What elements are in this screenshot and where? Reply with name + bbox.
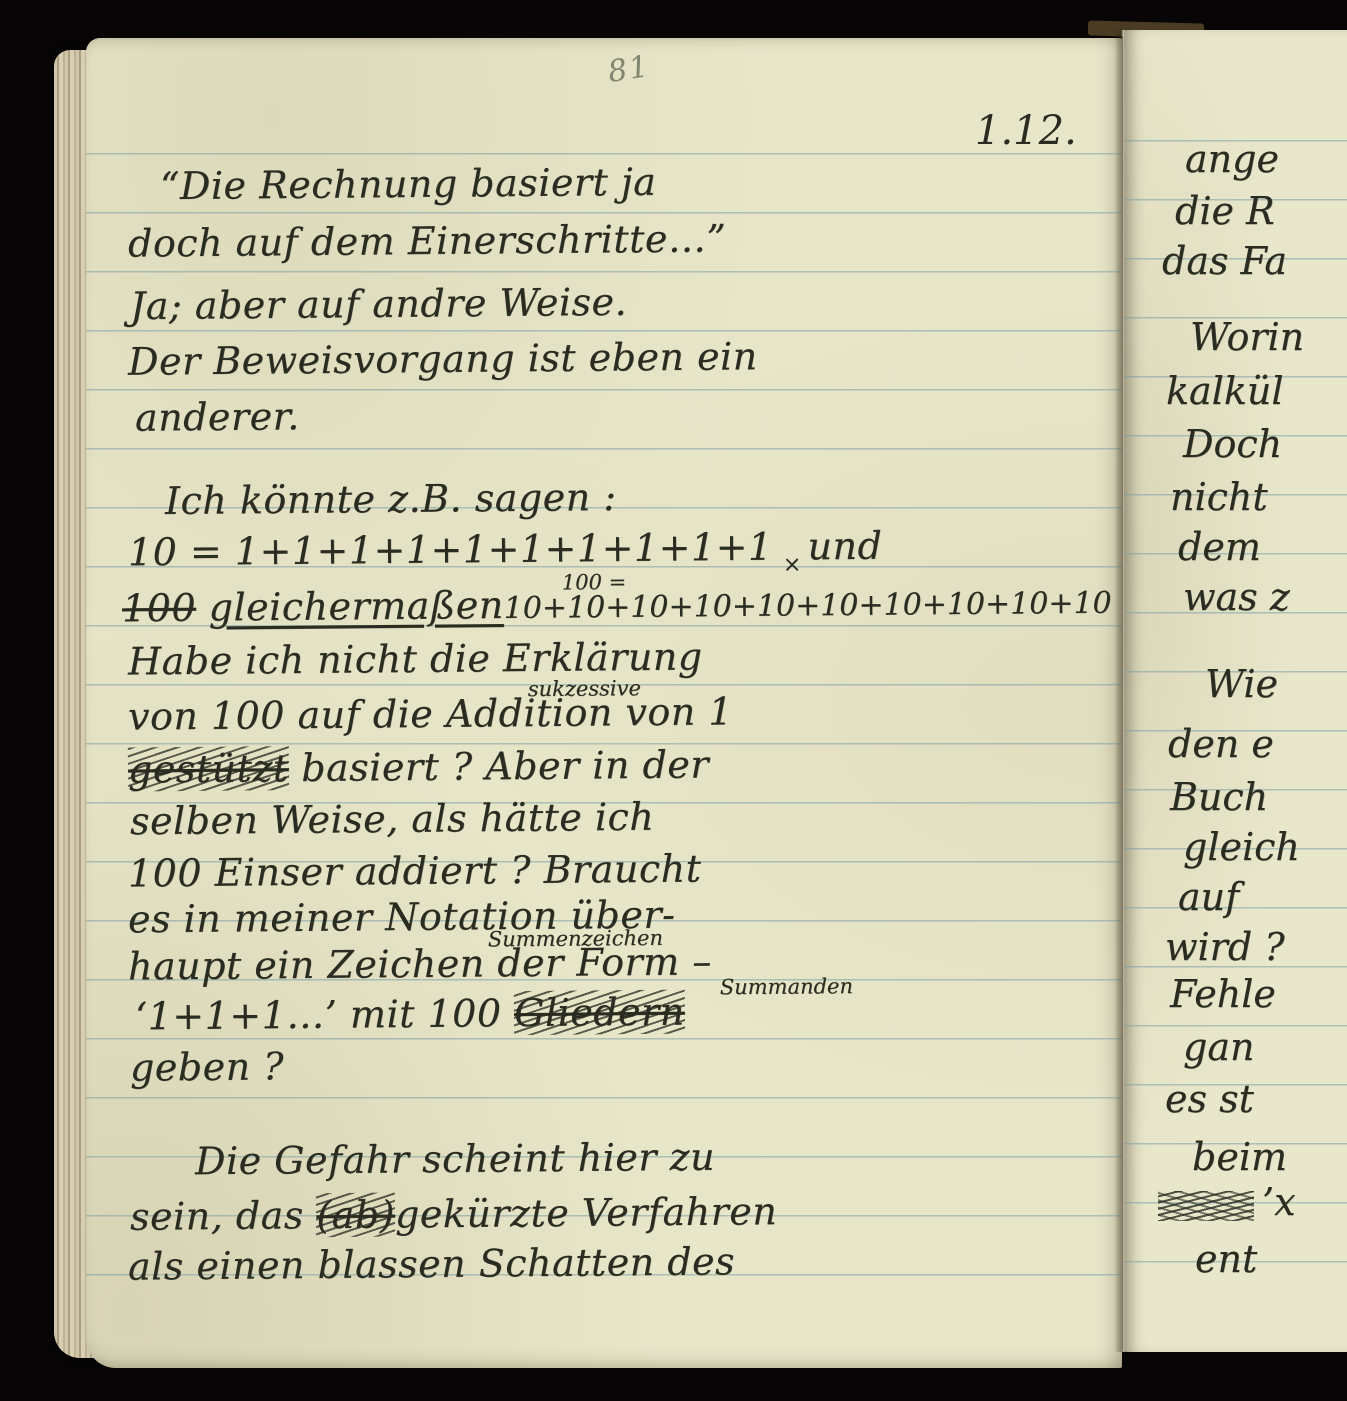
manuscript-fragment: Worin — [1190, 318, 1304, 358]
manuscript-fragment: das Fa — [1162, 242, 1287, 282]
manuscript-fragment: was z — [1183, 578, 1290, 618]
manuscript-fragment: Fehle — [1170, 975, 1276, 1015]
interlinear-insert: sukzessive — [528, 677, 641, 700]
manuscript-line: anderer. — [135, 397, 300, 438]
manuscript-line: Der Beweisvorgang ist eben ein — [128, 337, 758, 382]
manuscript-fragment: auf — [1178, 878, 1239, 918]
manuscript-fragment: es st — [1165, 1080, 1254, 1120]
manuscript-fragment: dem — [1178, 528, 1261, 568]
manuscript-line: Die Gefahr scheint hier zu — [195, 1138, 715, 1182]
manuscript-fragment: ange — [1185, 140, 1279, 180]
manuscript-fragment: gleich — [1183, 828, 1300, 868]
manuscript-fragment: ’x — [1158, 1183, 1296, 1223]
manuscript-fragment: den e — [1168, 725, 1274, 765]
manuscript-line: haupt ein Zeichen der Form –Summenzeiche… — [128, 942, 712, 987]
manuscript-line: 10 = 1+1+1+1+1+1+1+1+1+1×und — [128, 527, 883, 583]
struck-word: (ab) — [316, 1193, 395, 1238]
manuscript-line: von 100 auf diesukzessive Addition von 1 — [128, 692, 733, 737]
manuscript-line: 100 gleichermaßen100 =10+10+10+10+10+10+… — [122, 581, 1112, 630]
manuscript-line: Ja; aber auf andre Weise. — [130, 283, 627, 327]
notebook-scan: 81 1.12. “Die Rechnung basiert ja doch a… — [0, 0, 1347, 1401]
manuscript-line: doch auf dem Einerschritte…” — [128, 219, 727, 264]
left-page: 81 1.12. “Die Rechnung basiert ja doch a… — [86, 38, 1122, 1368]
manuscript-line: ‘1+1+1…’ mit 100 GliedernSummanden — [135, 993, 685, 1038]
manuscript-line: selben Weise, als hätte ich — [130, 798, 655, 842]
manuscript-line: 100 Einser addiert ? Braucht — [128, 849, 702, 894]
manuscript-fragment: nicht — [1170, 478, 1268, 518]
manuscript-fragment: Doch — [1183, 425, 1282, 465]
entry-date: 1.12. — [975, 108, 1077, 154]
manuscript-fragment: Buch — [1170, 778, 1268, 818]
manuscript-fragment: wird ? — [1165, 928, 1285, 968]
manuscript-line: “Die Rechnung basiert ja — [160, 163, 657, 207]
manuscript-fragment: kalkül — [1166, 372, 1284, 412]
manuscript-line: gestützt basiert ? Aber in der — [128, 745, 709, 790]
struck-word: 100 — [122, 586, 196, 631]
manuscript-fragment: Wie — [1205, 665, 1278, 705]
strikethrough-scribble — [1158, 1191, 1254, 1221]
manuscript-fragment: beim — [1192, 1138, 1287, 1178]
struck-word: Gliedern — [514, 990, 685, 1035]
interlinear-insert: Summenzeichen — [488, 927, 663, 951]
manuscript-line: als einen blassen Schatten des — [128, 1242, 735, 1287]
interlinear-insert: 100 = — [562, 571, 627, 594]
manuscript-fragment: die R — [1175, 192, 1275, 232]
interlinear-insert: Summanden — [720, 975, 853, 998]
manuscript-fragment: gan — [1183, 1028, 1254, 1068]
manuscript-line: Ich könnte z.B. sagen : — [165, 478, 617, 522]
right-page: ange die R das Fa Worin kalkül Doch nich… — [1124, 30, 1347, 1352]
manuscript-fragment: ent — [1195, 1240, 1257, 1280]
pencil-page-number: 81 — [606, 49, 653, 90]
manuscript-line: geben ? — [130, 1047, 284, 1088]
struck-word: gestützt — [128, 746, 289, 791]
manuscript-line: sein, das (ab)gekürzte Verfahren — [130, 1192, 778, 1238]
insertion-mark: × — [773, 552, 808, 577]
